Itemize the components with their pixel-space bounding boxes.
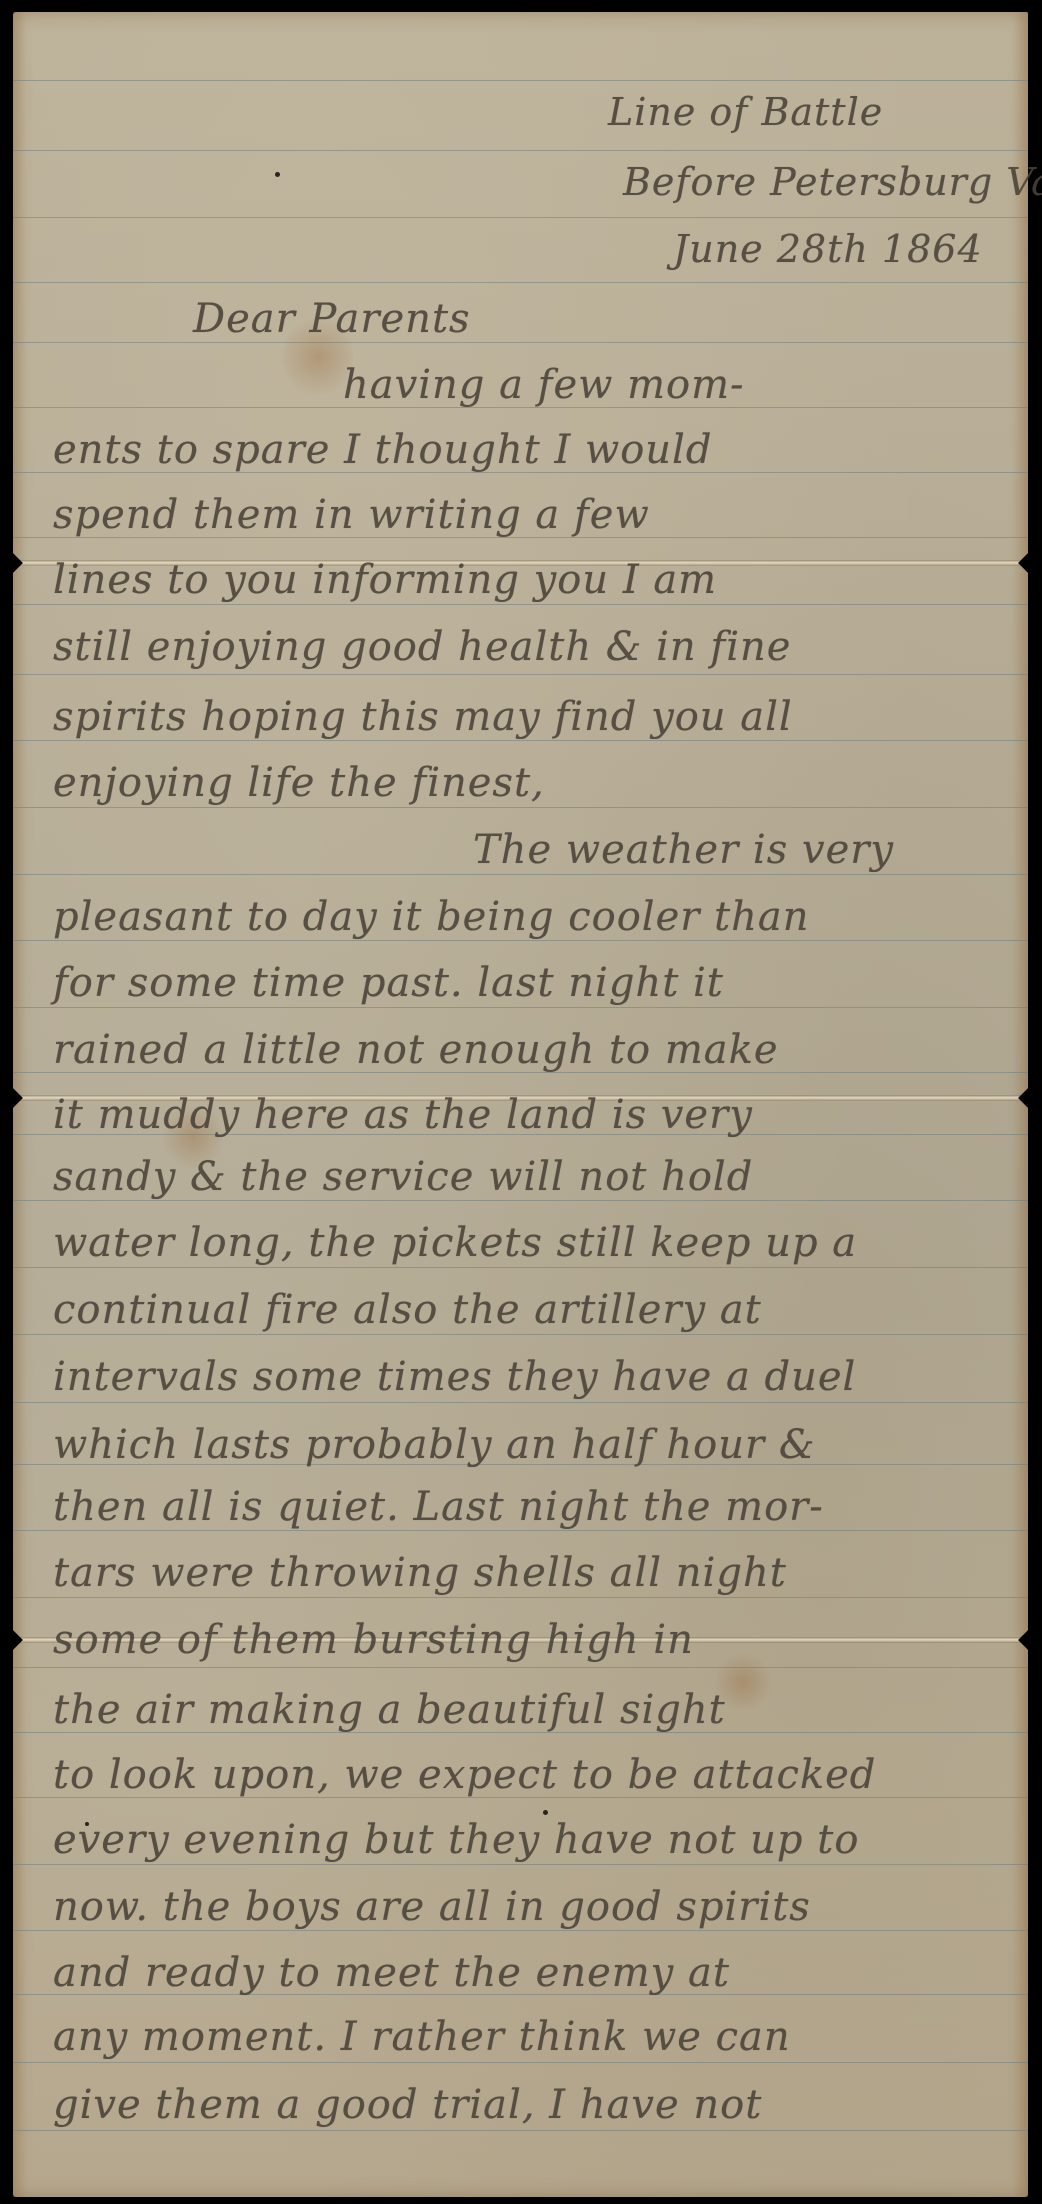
header-location-line-1: Line of Battle xyxy=(608,90,883,134)
rule-line xyxy=(13,1530,1028,1531)
letter-page: Line of Battle Before Petersburg Va June… xyxy=(13,12,1028,2197)
letter-line: lines to you informing you I am xyxy=(53,557,717,603)
rule-line xyxy=(13,150,1028,151)
ink-speck xyxy=(543,1810,548,1815)
letter-line: sandy & the service will not hold xyxy=(53,1154,753,1200)
rule-line xyxy=(13,80,1028,81)
rule-line xyxy=(13,940,1028,941)
rule-line xyxy=(13,2130,1028,2131)
letter-line: it muddy here as the land is very xyxy=(53,1092,753,1138)
rule-line xyxy=(13,604,1028,605)
letter-line: pleasant to day it being cooler than xyxy=(53,894,810,940)
letter-line: any moment. I rather think we can xyxy=(53,2014,791,2060)
rule-line xyxy=(13,1200,1028,1201)
letter-line: spirits hoping this may find you all xyxy=(53,694,793,740)
ink-speck xyxy=(275,172,280,177)
letter-line: then all is quiet. Last night the mor- xyxy=(53,1484,824,1530)
rule-line xyxy=(13,1930,1028,1931)
letter-line: ents to spare I thought I would xyxy=(53,427,712,473)
rule-line xyxy=(13,1864,1028,1865)
letter-line: The weather is very xyxy=(473,827,894,873)
letter-line: and ready to meet the enemy at xyxy=(53,1950,730,1996)
letter-line: still enjoying good health & in fine xyxy=(53,624,791,670)
letter-line: which lasts probably an half hour & xyxy=(53,1422,815,1468)
salutation: Dear Parents xyxy=(193,296,471,342)
letter-line: spend them in writing a few xyxy=(53,492,650,538)
letter-line: some of them bursting high in xyxy=(53,1617,694,1663)
rule-line xyxy=(13,217,1028,218)
letter-line: every evening but they have not up to xyxy=(53,1817,859,1863)
letter-line: enjoying life the finest, xyxy=(53,760,545,806)
rule-line xyxy=(13,1267,1028,1268)
rule-line xyxy=(13,874,1028,875)
letter-line: continual fire also the artillery at xyxy=(53,1287,762,1333)
rule-line xyxy=(13,1597,1028,1598)
rule-line xyxy=(13,1007,1028,1008)
rule-line xyxy=(13,1402,1028,1403)
letter-line: water long, the pickets still keep up a xyxy=(53,1220,857,1266)
rule-line xyxy=(13,1667,1028,1668)
rule-line xyxy=(13,740,1028,741)
letter-line: tars were throwing shells all night xyxy=(53,1550,787,1596)
rule-line xyxy=(13,807,1028,808)
header-location-line-2: Before Petersburg Va xyxy=(623,160,1042,204)
letter-line: give them a good trial, I have not xyxy=(53,2082,762,2128)
rule-line xyxy=(13,342,1028,343)
letter-line: intervals some times they have a duel xyxy=(53,1354,856,1400)
header-date: June 28th 1864 xyxy=(673,227,983,271)
rule-line xyxy=(13,1334,1028,1335)
rule-line xyxy=(13,282,1028,283)
rule-line xyxy=(13,2062,1028,2063)
letter-line: to look upon, we expect to be attacked xyxy=(53,1752,876,1798)
letter-line: now. the boys are all in good spirits xyxy=(53,1884,811,1930)
letter-line: rained a little not enough to make xyxy=(53,1027,779,1073)
letter-line: for some time past. last night it xyxy=(53,960,724,1006)
letter-line: having a few mom- xyxy=(343,362,745,408)
rule-line xyxy=(13,674,1028,675)
letter-line: the air making a beautiful sight xyxy=(53,1687,726,1733)
